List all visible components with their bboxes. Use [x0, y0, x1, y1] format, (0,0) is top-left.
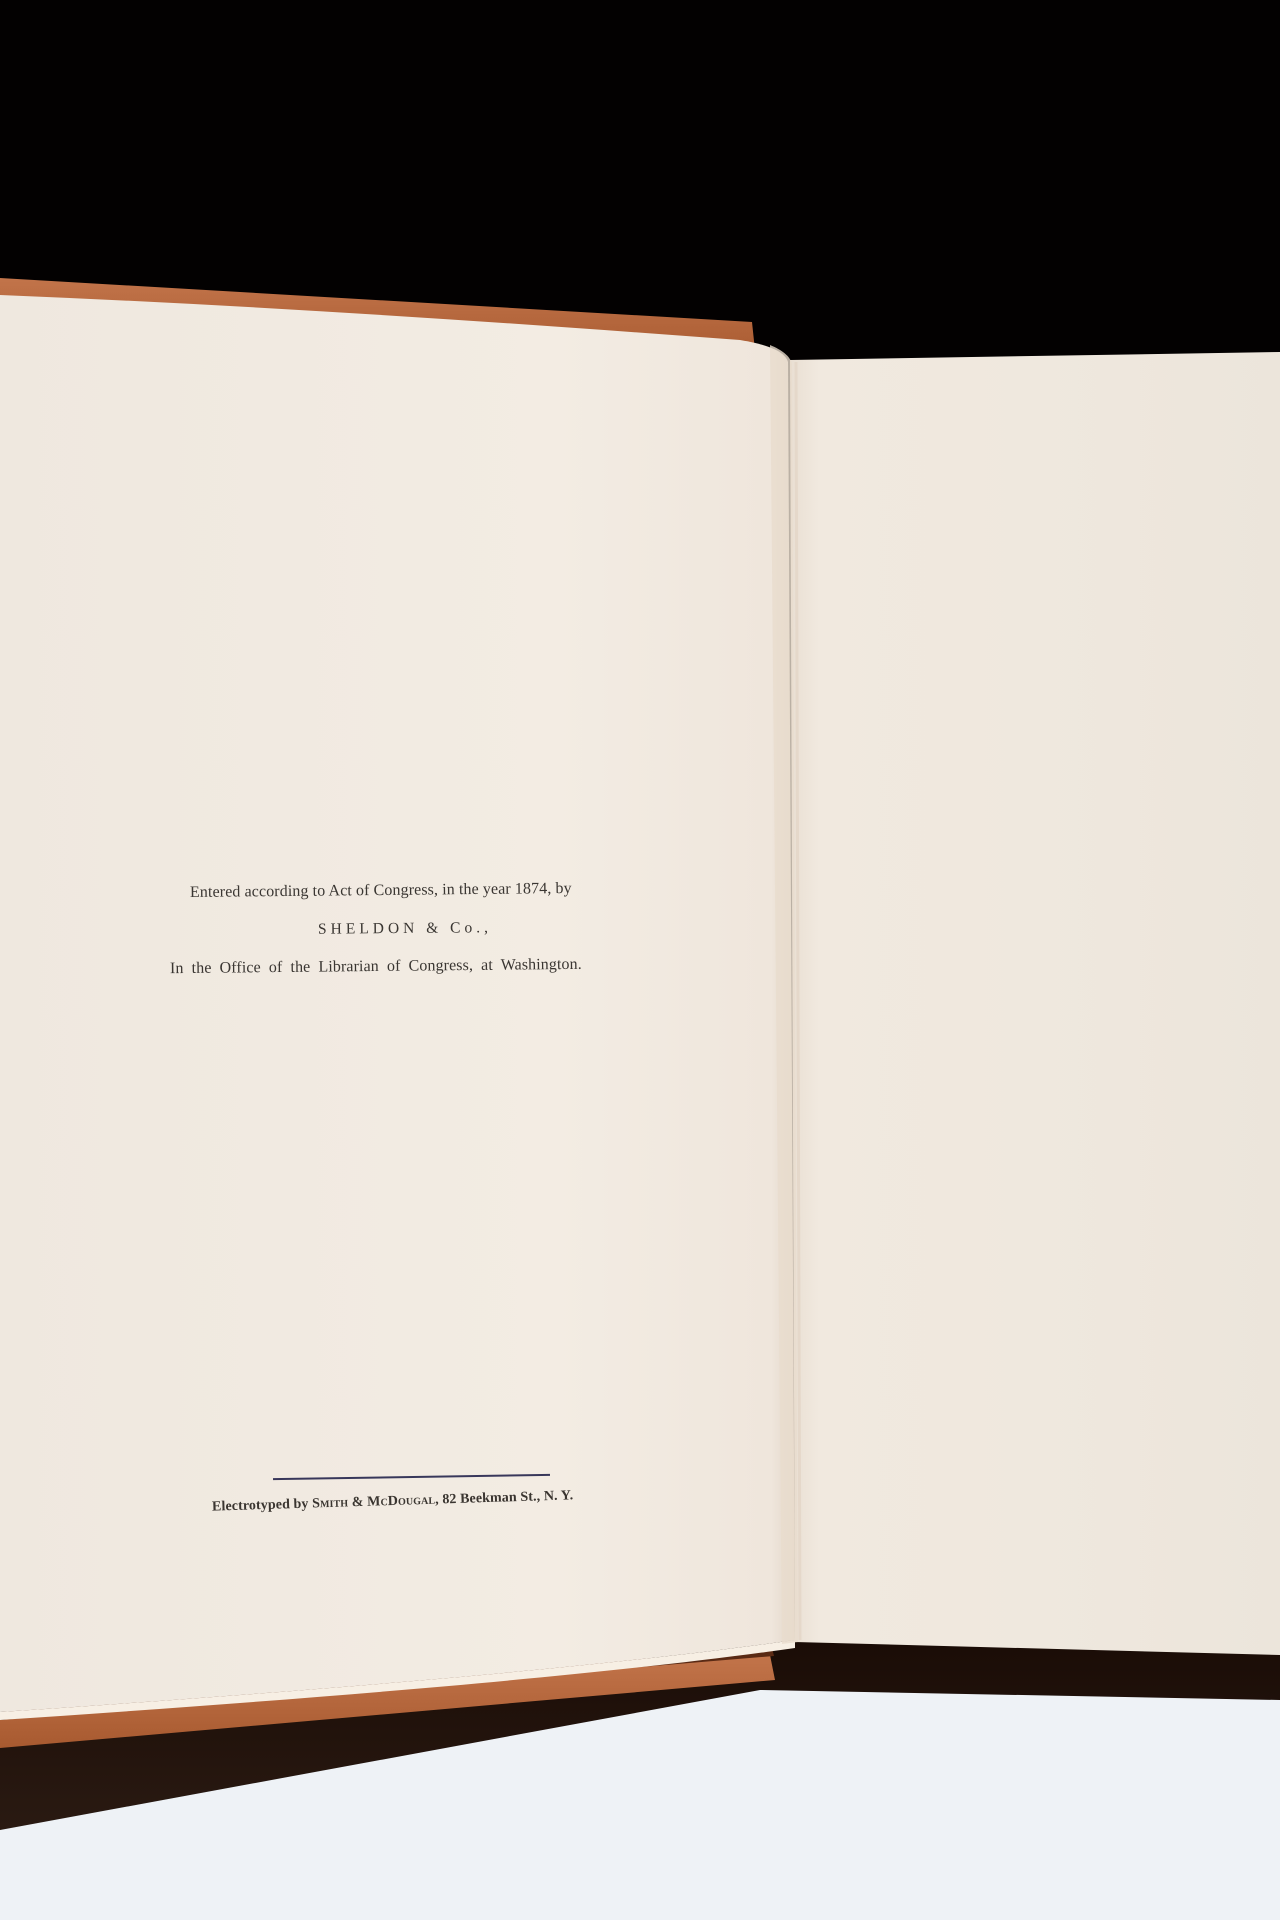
right-page: [790, 352, 1280, 1655]
imprint-prefix: Electrotyped by: [212, 1497, 313, 1515]
imprint-printer: Smith & McDougal: [312, 1493, 435, 1512]
publisher-name: SHELDON & Co.,: [318, 919, 492, 939]
imprint-address: , 82 Beekman St., N. Y.: [435, 1488, 574, 1507]
